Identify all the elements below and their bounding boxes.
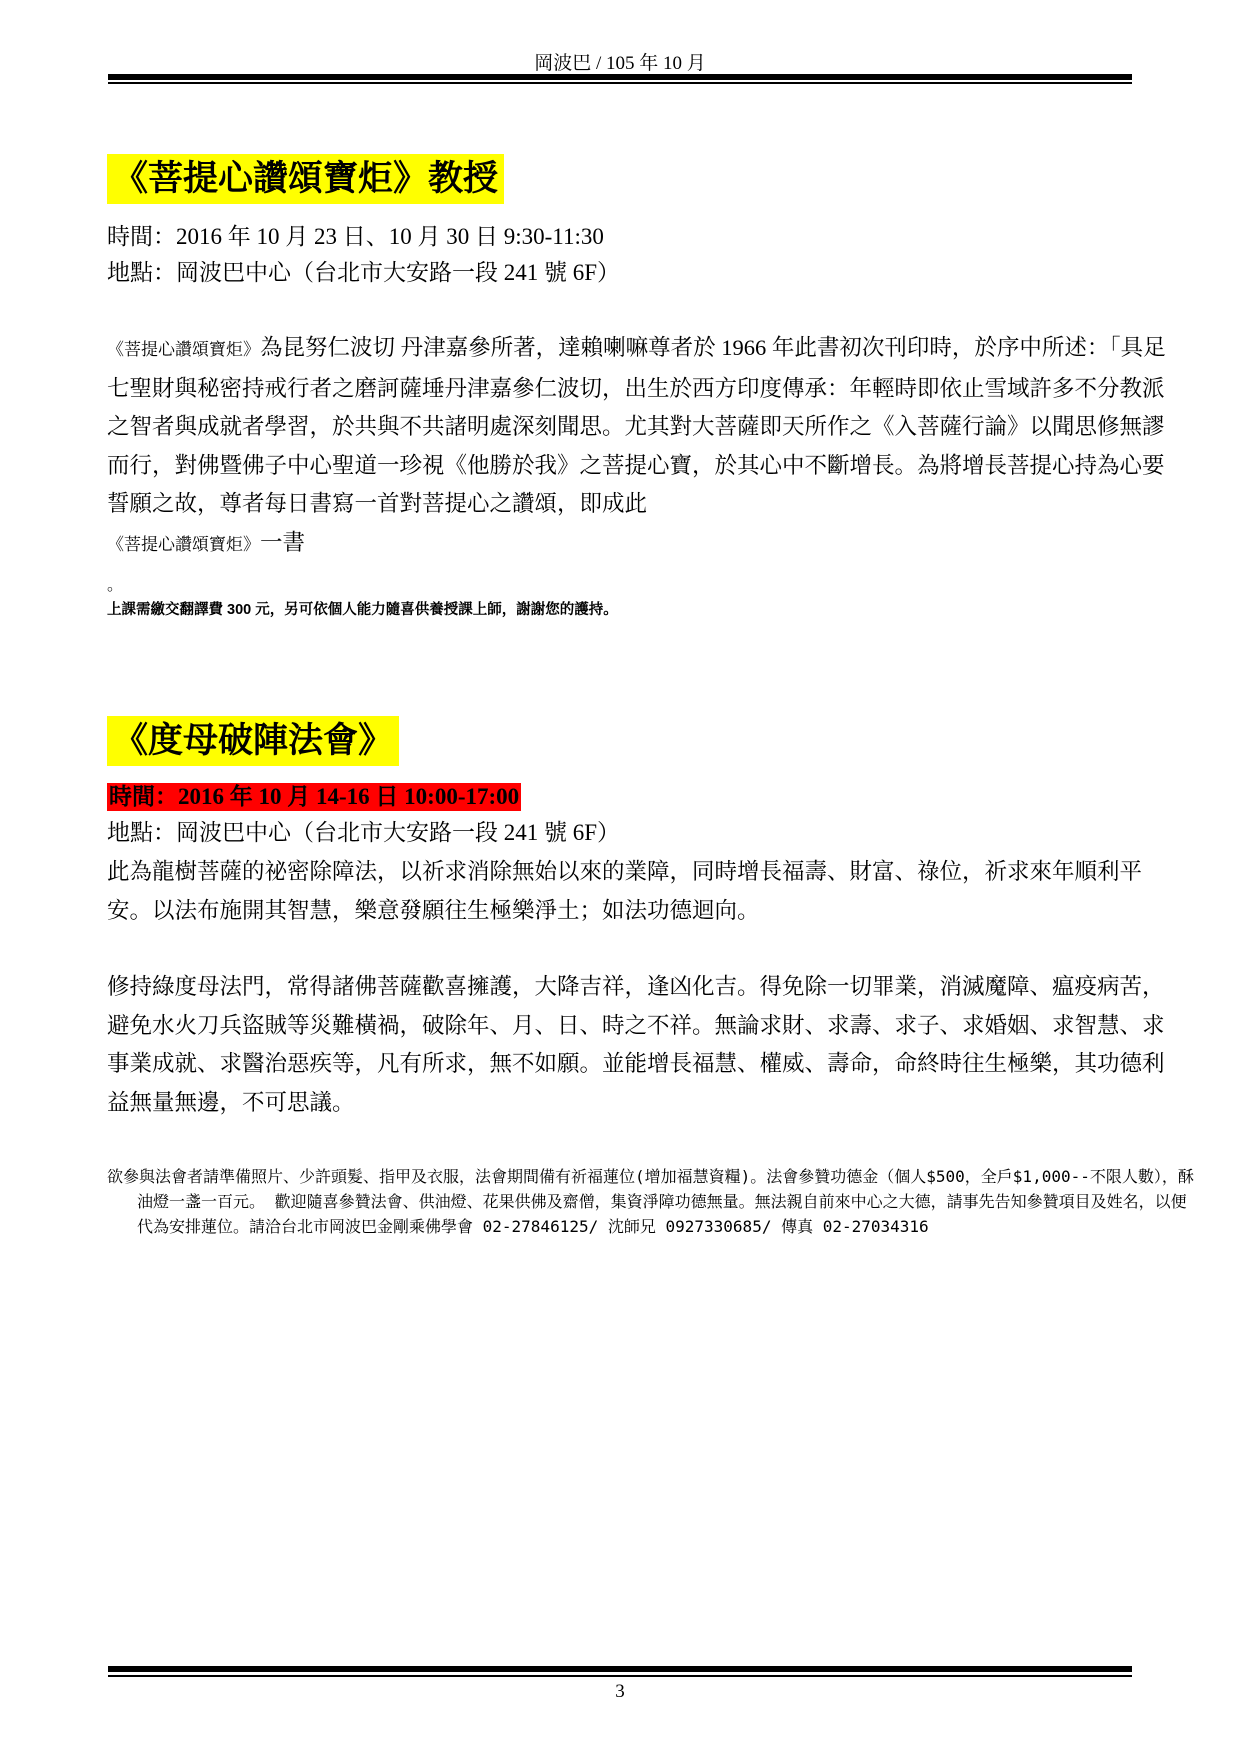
trailing-mark: 。 — [107, 577, 123, 594]
section-heading: 《菩提心讚頌寶炬》教授 — [107, 154, 504, 204]
footer-rule-thick — [108, 1666, 1132, 1672]
book-title: 《菩提心讚頌寶炬》 — [107, 535, 260, 554]
footer-rule-thin — [108, 1675, 1132, 1677]
running-title: 岡波巴 / 105 年 10 月 — [0, 48, 1240, 75]
description-paragraph-2: 修持綠度母法門，常得諸佛菩薩歡喜擁護，大降吉祥，逢凶化吉。得免除一切罪業，消滅魔… — [107, 968, 1169, 1122]
event-time-highlighted: 時間：2016 年 10 月 14-16 日 10:00-17:00 — [107, 783, 521, 811]
event-location: 地點：岡波巴中心（台北市大安路一段 241 號 6F） — [107, 818, 620, 848]
description-paragraph-1: 此為龍樹菩薩的祕密除障法，以祈求消除無始以來的業障，同時增長福壽、財富、祿位，祈… — [107, 853, 1169, 930]
header-rule-thick — [108, 74, 1132, 80]
event-location: 地點：岡波巴中心（台北市大安路一段 241 號 6F） — [107, 258, 620, 288]
event-time: 時間：2016 年 10 月 23 日、10 月 30 日 9:30-11:30 — [107, 222, 604, 252]
page-number: 3 — [0, 1681, 1240, 1703]
description-text-end: 一書 — [260, 530, 305, 555]
book-title: 《菩提心讚頌寶炬》 — [107, 340, 260, 359]
header-rule-thin — [108, 82, 1132, 84]
fee-note: 上課需繳交翻譯費 300 元，另可依個人能力隨喜供養授課上師，謝謝您的護持。 — [107, 598, 618, 619]
description-paragraph: 《菩提心讚頌寶炬》為昆努仁波切 丹津嘉參所著，達賴喇嘛尊者於 1966 年此書初… — [107, 329, 1167, 606]
description-text: 為昆努仁波切 丹津嘉參所著，達賴喇嘛尊者於 1966 年此書初次刊印時，於序中所… — [107, 335, 1166, 516]
participation-notice: 欲參與法會者請準備照片、少許頭髮、指甲及衣服，法會期間備有祈福蓮位(增加福慧資糧… — [107, 1164, 1197, 1239]
section-heading: 《度母破陣法會》 — [107, 716, 399, 766]
